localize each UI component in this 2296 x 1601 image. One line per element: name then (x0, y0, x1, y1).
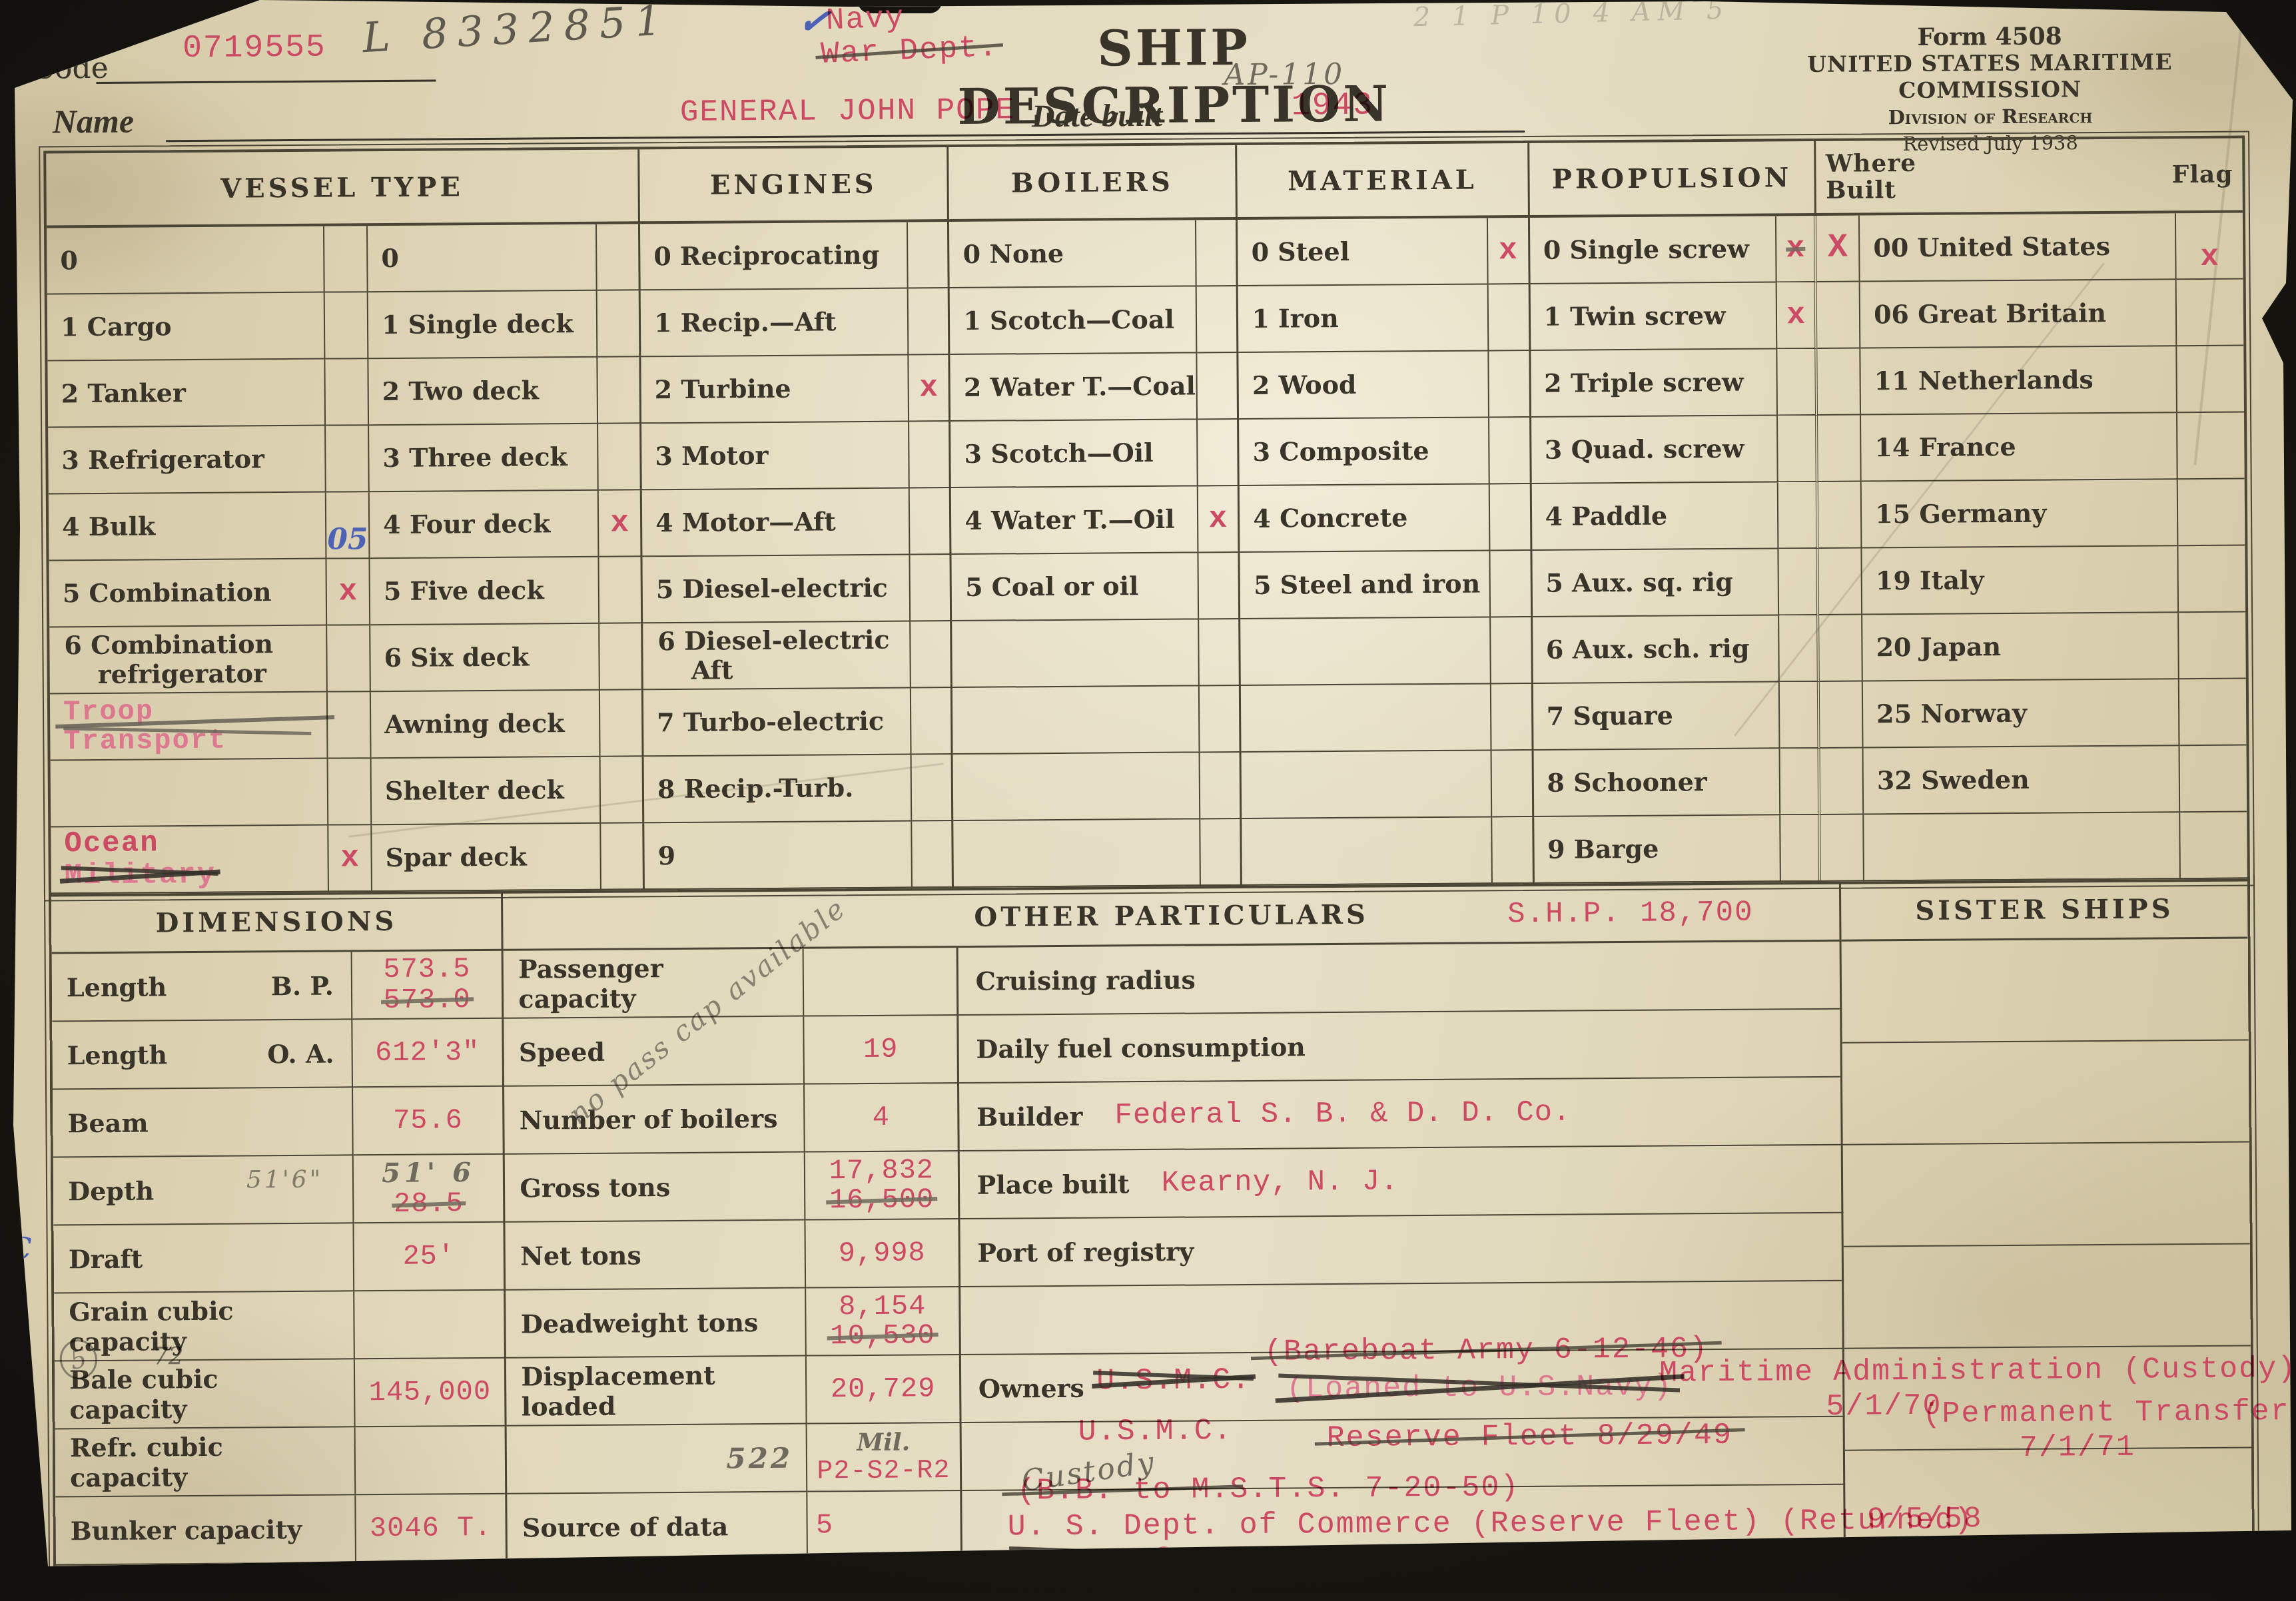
material-mark-cell (1491, 684, 1533, 751)
dimension-label: Beam (67, 1108, 148, 1138)
vessel-type-a-cell (51, 759, 329, 828)
ship-name-value: GENERAL JOHN POPE (680, 93, 1016, 130)
material-mark-cell (1492, 817, 1534, 884)
flag-mark-cell (2176, 280, 2243, 347)
particular-value-cell: 20,729 (807, 1355, 961, 1425)
flag-mark-cell (2179, 612, 2246, 679)
country-label: 25 Norway (1876, 699, 2027, 729)
vessel-type-a-mark-cell: 05 x (327, 559, 370, 625)
pencil-hull-number: AP-110 (1224, 57, 1345, 92)
engines-label: 3 Motor (655, 441, 768, 471)
place-built-value: Kearny, N. J. (1161, 1165, 1399, 1199)
form-content: L 8332851 Code 0719555 ✓ Navy War Dept. … (0, 0, 2296, 1593)
propulsion-cell: 5 Aux. sq. rig (1532, 549, 1779, 617)
engines-cell: 6 Diesel-electric Aft (643, 621, 911, 690)
sister-ships-cell (1842, 938, 2248, 1009)
engines-x-mark: x (919, 373, 938, 402)
other-particular-label: Place built (977, 1169, 1130, 1200)
propulsion-mark-cell (1780, 682, 1820, 749)
vessel-type-a-x-mark: x (339, 577, 358, 606)
name-label: Name (53, 102, 135, 141)
material-label: 2 Wood (1252, 370, 1357, 400)
dimension-value-struck: 573.0 (384, 984, 471, 1016)
division-name: Division of Research (1740, 102, 2240, 132)
propulsion-label: 6 Aux. sch. rig (1546, 634, 1750, 665)
dimension-label: Bale cubic capacity (69, 1363, 337, 1425)
material-cell: 4 Concrete (1240, 484, 1490, 553)
propulsion-label: 2 Triple screw (1544, 368, 1744, 398)
dimension-value-cell: 573.5573.0 (352, 951, 504, 1020)
material-cell (1240, 617, 1491, 686)
engines-label: 7 Turbo-electric (657, 707, 884, 737)
boilers-cell: 2 Water T.—Coal (951, 353, 1198, 422)
reserve-fleet-text: Reserve Fleet 8/29/49 (1327, 1419, 1732, 1455)
vessel-type-a-cell: 3 Refrigerator (48, 426, 326, 495)
particular-label-cell: 522 (507, 1425, 808, 1494)
particular-value-cell (804, 948, 958, 1017)
propulsion-cell: 6 Aux. sch. rig (1533, 615, 1780, 684)
boilers-mark-cell (1200, 753, 1242, 819)
dimension-value-cell (355, 1427, 507, 1496)
material-cell (1242, 817, 1493, 886)
dimension-label: Refr. cubic capacity (70, 1431, 338, 1493)
reserve-fleet-stamp: Reserve Fleet 8/29/49 (1327, 1419, 1732, 1455)
vessel-type-a-cell: 1 Cargo (47, 293, 326, 362)
vessel-type-b-mark-cell (599, 623, 643, 690)
vessel-type-b-label: Shelter deck (385, 775, 564, 806)
where-built-mark-cell (1820, 748, 1864, 814)
boilers-label: 1 Scotch—Coal (963, 305, 1174, 336)
propulsion-x-mark: x (1786, 300, 1805, 330)
dimension-label-cell: Bale cubic capacity (55, 1359, 356, 1429)
particular-label-cell: Deadweight tons (506, 1289, 807, 1359)
mark-wrap: 05 x (327, 577, 369, 606)
propulsion-x-mark-struck: x (1786, 234, 1804, 263)
other-particular-cell: Cruising radius (958, 942, 1842, 1016)
propulsion-mark-cell: x (1776, 216, 1817, 282)
engines-cell: 9 (644, 821, 912, 890)
country-label: 32 Sweden (1877, 765, 2030, 796)
boilers-mark-cell: x (1198, 486, 1240, 553)
particular-value: 20,729 (831, 1374, 936, 1404)
boilers-cell (953, 686, 1200, 755)
vessel-type-b-cell: 0 (368, 224, 597, 292)
where-built-mark-cell: X (1816, 216, 1860, 282)
where-built-mark-cell (1820, 615, 1863, 682)
dimension-value-struck: 28.5 (394, 1188, 464, 1219)
owners-label: Owners (978, 1373, 1084, 1403)
source-of-data-value: 5 (808, 1510, 834, 1540)
dimension-label: Length (67, 972, 167, 1002)
boilers-mark-cell (1197, 353, 1239, 420)
code-underline (96, 79, 436, 84)
engines-label: 0 Reciprocating (653, 240, 879, 271)
particular-label-cell: Source of data (508, 1492, 809, 1562)
particular-value-cell: 4 (805, 1084, 959, 1153)
other-particular-cell: Place builtKearny, N. J. (959, 1145, 1843, 1219)
vessel-type-b-x-mark: x (610, 508, 629, 537)
name-underline (166, 131, 1525, 142)
bareboat-army-text: (Bareboat Army 6-12-46) (1264, 1332, 1709, 1369)
country-cell: 00 United States (1860, 213, 2176, 282)
engines-cell: 4 Motor—Aft (642, 488, 910, 557)
design-type-value: P2-S2-R2 (817, 1456, 950, 1486)
engines-mark-cell (912, 821, 954, 888)
engines-mark-cell (909, 422, 951, 488)
country-cell: 20 Japan (1862, 613, 2179, 681)
navy-msts-rest-text: (Permanent Transfer) 8-17-65 (1383, 1538, 1924, 1576)
propulsion-mark-cell (1778, 482, 1819, 549)
flag-mark-cell (2180, 812, 2247, 879)
vessel-type-b-mark-cell (599, 557, 643, 623)
shp-stamp: S.H.P. 18,700 (1507, 896, 1754, 932)
material-label: 5 Steel and iron (1254, 569, 1480, 600)
dimension-sublabel: O. A. (267, 1038, 334, 1069)
classification-table: VESSEL TYPE ENGINES BOILERS MATERIAL PRO… (43, 135, 2250, 896)
particular-label: Number of boilers (520, 1103, 778, 1135)
vessel-type-b-label: 0 (381, 244, 399, 273)
vessel-type-a-cell: Ocean Military (51, 826, 329, 894)
particular-label: Gross tons (520, 1172, 670, 1203)
boilers-label: 0 None (962, 239, 1064, 269)
flag-mark-cell (2177, 412, 2245, 480)
vessel-type-b-label: 4 Four deck (383, 509, 550, 539)
flag-header: Flag (2172, 160, 2233, 189)
country-cell: 15 Germany (1862, 480, 2178, 548)
propulsion-mark-cell (1780, 749, 1820, 815)
navy-msts-stamp: Dept. of Navy, MSTS(Permanent Transfer) … (1016, 1538, 1925, 1579)
pencil-serial-number: L 8332851 (361, 0, 672, 62)
where-built-flag-header: Where Built Flag (1816, 139, 2243, 216)
sister-ships-header: SISTER SHIPS (1841, 880, 2247, 941)
where-built-mark-cell (1818, 482, 1862, 549)
vessel-type-a-x-mark: x (340, 843, 359, 872)
dimensions-header: DIMENSIONS (51, 892, 504, 954)
permanent-transfer-stamp: (Permanent Transfer) (1922, 1395, 2296, 1431)
engines-cell: 5 Diesel-electric (642, 555, 910, 623)
vessel-type-a-mark-cell (326, 359, 369, 426)
country-cell: 06 Great Britain (1860, 280, 2177, 348)
code-value: 0719555 (183, 30, 326, 67)
vessel-type-b-cell: 1 Single deck (368, 291, 598, 359)
engines-label: 6 Diesel-electric Aft (691, 625, 909, 685)
ocean-stamp: Ocean (64, 827, 159, 860)
vessel-type-a-cell: 2 Tanker (47, 360, 326, 428)
boilers-cell: 5 Coal or oil (952, 553, 1199, 621)
where-built-mark-cell (1819, 549, 1862, 615)
country-cell: 19 Italy (1862, 546, 2179, 615)
propulsion-cell: 2 Triple screw (1531, 349, 1778, 418)
boilers-label: 2 Water T.—Coal (964, 371, 1196, 402)
vessel-type-b-label: Spar deck (385, 842, 526, 872)
particular-value-cell: 17,83216,500 (805, 1151, 960, 1221)
where-built-mark-cell (1821, 814, 1864, 881)
country-label: 15 Germany (1875, 499, 2047, 529)
dimension-value-cell: 75.6 (353, 1087, 505, 1156)
propulsion-mark-cell (1778, 549, 1819, 615)
particular-label: Speed (519, 1036, 605, 1067)
propulsion-label: 3 Quad. screw (1545, 434, 1744, 465)
boilers-cell (954, 819, 1201, 888)
dimension-label: Length (67, 1040, 168, 1070)
other-particular-cell: BuilderFederal S. B. & D. D. Co. (959, 1078, 1843, 1151)
dimension-label-cell: Bunker capacity (55, 1495, 356, 1565)
vessel-type-a-cell: Troop Transport (50, 693, 328, 761)
particular-label-cell: Displacement loaded (506, 1357, 807, 1427)
engines-cell: 8 Recip.-Turb. (644, 755, 912, 823)
vessel-type-b-label: 3 Three deck (382, 442, 568, 473)
boilers-cell: 1 Scotch—Coal (950, 286, 1197, 355)
country-label: 00 United States (1873, 232, 2110, 262)
troop-transport-stamp-struck: Troop Transport (63, 696, 327, 757)
particular-label-cell: Gross tons (505, 1153, 806, 1223)
country-label: 14 France (1874, 432, 2016, 462)
propulsion-mark-cell (1780, 815, 1821, 882)
country-cell: 14 France (1861, 413, 2177, 481)
material-cell (1242, 751, 1492, 819)
boilers-cell: 0 None (949, 220, 1196, 288)
boilers-mark-cell (1196, 220, 1238, 286)
propulsion-label: 1 Twin screw (1543, 301, 1726, 332)
pencil-code-note: 05 (327, 525, 368, 554)
material-header: MATERIAL (1237, 143, 1529, 220)
boilers-cell (952, 619, 1199, 688)
material-mark-cell (1491, 617, 1533, 684)
dimension-value: 573.5 (383, 954, 470, 985)
particular-value-cell: 19 (805, 1016, 959, 1085)
vessel-type-a-label: 6 Combination refrigerator (97, 629, 326, 689)
vessel-type-b-label: 1 Single deck (382, 309, 574, 340)
engines-mark-cell (909, 488, 951, 555)
dimension-value-cell: 51' 628.5 (354, 1155, 506, 1224)
country-label: 19 Italy (1876, 565, 1984, 595)
propulsion-header: PROPULSION (1529, 141, 1817, 218)
particular-value-cell: 9,998 (806, 1219, 960, 1289)
vessel-type-b-label: 6 Six deck (384, 642, 529, 673)
engines-label: 1 Recip.—Aft (654, 307, 837, 338)
engines-label: 8 Recip.-Turb. (657, 773, 854, 804)
military-stamp-struck: Military (65, 859, 216, 892)
propulsion-label: 5 Aux. sq. rig (1545, 567, 1733, 598)
engines-label: 5 Diesel-electric (656, 573, 888, 604)
particular-value: 9,998 (839, 1238, 926, 1268)
circled-number: 5 (67, 1343, 89, 1375)
material-mark-cell (1491, 751, 1533, 817)
particular-value-struck: 10,530 (830, 1321, 935, 1351)
engines-mark-cell (908, 222, 950, 288)
pencil-mil-note: Mil. (857, 1428, 910, 1458)
propulsion-cell: 1 Twin screw (1530, 282, 1777, 351)
particular-label: Net tons (520, 1240, 641, 1271)
vessel-type-a-label: 5 Combination (63, 577, 272, 608)
vessel-type-a-mark-cell (328, 692, 371, 759)
engines-mark-cell: x (909, 355, 951, 422)
country-label: 11 Netherlands (1874, 365, 2094, 396)
vessel-type-b-label: 2 Two deck (382, 376, 540, 406)
dimension-value: 25' (402, 1241, 455, 1272)
dimension-label-cell: LengthB. P. (52, 952, 353, 1022)
where-built-x-mark: X (1828, 234, 1848, 263)
commerce-stamp: U. S. Dept. of Commerce (Reserve Fleet) … (1007, 1503, 1974, 1544)
other-particular-label: Cruising radius (975, 964, 1196, 996)
engines-cell: 3 Motor (641, 422, 909, 490)
vessel-type-a-label: 4 Bulk (62, 511, 155, 541)
vessel-type-a-mark-cell (328, 759, 372, 825)
propulsion-cell: 9 Barge (1534, 815, 1781, 884)
engines-mark-cell (911, 621, 953, 688)
flag-mark-cell (2177, 346, 2244, 414)
vessel-type-header: VESSEL TYPE (46, 149, 640, 228)
propulsion-mark-cell: x (1777, 282, 1818, 349)
boilers-mark-cell (1198, 553, 1240, 619)
vessel-type-a-label: 1 Cargo (61, 312, 172, 342)
vessel-type-b-mark-cell (598, 424, 641, 490)
dimension-label: Grain cubic capacity (69, 1295, 336, 1357)
boilers-cell: 4 Water T.—Oil (951, 486, 1198, 555)
vessel-type-b-mark-cell (598, 357, 641, 424)
usmc-struck-text: U.S.M.C. (1096, 1363, 1251, 1399)
vessel-type-b-mark-cell (601, 757, 644, 823)
dimension-label-cell: Draft (53, 1223, 354, 1293)
boilers-cell: 3 Scotch—Oil (951, 420, 1198, 488)
particular-value-cell: 5 (808, 1491, 962, 1560)
pencil-depth-note: 51'6" (246, 1166, 323, 1194)
particular-value: 17,832 (829, 1155, 935, 1185)
print-code: 16—254 (1381, 1556, 1471, 1580)
vessel-type-a-mark-cell (328, 625, 371, 692)
boilers-header: BOILERS (949, 145, 1238, 222)
country-cell (1864, 812, 2180, 881)
propulsion-cell: 0 Single screw (1529, 216, 1776, 284)
engines-cell: 2 Turbine (641, 355, 909, 424)
dimension-value: 75.6 (393, 1105, 463, 1136)
vessel-type-b-mark-cell: x (599, 490, 642, 557)
form-number: Form 4508 (1740, 22, 2239, 52)
dimension-value-cell: 3046 T. (356, 1494, 508, 1564)
material-x-mark: x (1499, 236, 1517, 265)
usmc-stamp: U.S.M.C. (1078, 1414, 1232, 1449)
material-cell: 1 Iron (1238, 284, 1489, 353)
boilers-x-mark: x (1209, 504, 1228, 533)
flag-x-mark: x (2200, 220, 2219, 272)
where-built-mark-cell (1820, 682, 1863, 749)
dimension-value: 612'3" (375, 1037, 480, 1068)
country-label: 06 Great Britain (1874, 298, 2106, 329)
vessel-type-a-mark-cell (326, 426, 369, 492)
where-built-mark-cell (1818, 349, 1861, 416)
country-cell: 25 Norway (1863, 679, 2179, 748)
dimension-sublabel: B. P. (271, 970, 334, 1001)
vessel-type-b-cell: 2 Two deck (368, 358, 598, 426)
engines-cell: 0 Reciprocating (640, 222, 908, 290)
vessel-type-a-cell: 5 Combination (49, 559, 327, 628)
country-cell: 32 Sweden (1864, 746, 2180, 814)
boilers-mark-cell (1200, 819, 1242, 886)
boilers-cell (953, 753, 1200, 821)
code-label: Code (32, 51, 109, 86)
engines-mark-cell (911, 688, 953, 755)
material-label: 4 Concrete (1253, 503, 1407, 533)
country-label: 20 Japan (1876, 632, 2001, 662)
vessel-type-a-mark-cell: x (329, 825, 372, 892)
dimension-label: Depth (68, 1175, 154, 1206)
other-particular-label: Daily fuel consumption (976, 1032, 1306, 1064)
dimension-value-cell: 612'3" (352, 1019, 504, 1088)
propulsion-cell: 4 Paddle (1531, 482, 1778, 551)
propulsion-label: 8 Schooner (1547, 767, 1707, 798)
particular-label: Source of data (522, 1511, 729, 1542)
sister-ships-cell (1842, 1074, 2249, 1145)
propulsion-cell: 8 Schooner (1533, 749, 1780, 817)
depth-pencil-value: 51' 6 (382, 1157, 475, 1189)
agency-name: UNITED STATES MARITIME COMMISSION (1740, 49, 2240, 105)
engines-mark-cell (911, 755, 953, 821)
propulsion-label: 4 Paddle (1545, 501, 1667, 531)
particular-label-cell: Net tons (506, 1221, 807, 1291)
material-label: 1 Iron (1252, 304, 1339, 334)
vessel-type-a-label: 2 Tanker (61, 378, 186, 408)
vessel-type-b-cell: 5 Five deck (370, 557, 599, 625)
material-cell: 2 Wood (1239, 351, 1489, 420)
propulsion-cell: 7 Square (1533, 682, 1780, 751)
material-mark-cell (1489, 351, 1531, 418)
boilers-mark-cell (1200, 686, 1242, 753)
other-particular-cell: Port of registry (960, 1213, 1844, 1287)
propulsion-mark-cell (1777, 349, 1818, 416)
engines-header: ENGINES (639, 147, 949, 224)
engines-mark-cell (908, 288, 950, 355)
dimension-label: Draft (69, 1243, 143, 1274)
material-cell (1241, 684, 1491, 753)
flag-mark-cell: x (2176, 213, 2243, 280)
propulsion-label: 9 Barge (1547, 834, 1659, 864)
vessel-type-a-cell: 4 Bulk (49, 493, 327, 561)
particular-label: Displacement loaded (521, 1360, 793, 1422)
pencil-scribble: 2 1 P 10 4 AM 5 (1413, 0, 1730, 33)
vessel-type-a-cell: 0 (47, 226, 325, 295)
country-cell: 11 Netherlands (1860, 346, 2177, 415)
vessel-type-b-cell: Awning deck (371, 691, 601, 759)
flag-mark-cell (2178, 545, 2245, 613)
propulsion-label: 7 Square (1547, 701, 1673, 731)
vessel-type-b-label: Awning deck (384, 709, 565, 739)
engines-label: 2 Turbine (655, 374, 791, 404)
material-cell: 5 Steel and iron (1240, 551, 1491, 619)
bb-msts-text: (B.B. to M.S.T.S. 7-20-50) (1017, 1470, 1519, 1508)
engines-label: 4 Motor—Aft (655, 507, 836, 537)
particular-value: 19 (863, 1035, 899, 1064)
vessel-type-b-cell: Shelter deck (372, 757, 601, 825)
particular-value-struck: 16,500 (829, 1185, 935, 1215)
bb-msts-stamp: (B.B. to M.S.T.S. 7-20-50) (1017, 1470, 1519, 1508)
sister-ships-cell (1844, 1278, 2251, 1349)
vessel-type-a-mark-cell (324, 226, 368, 292)
propulsion-label: 0 Single screw (1543, 234, 1749, 265)
bareboat-army-stamp: (Bareboat Army 6-12-46) (1264, 1332, 1709, 1369)
material-mark-cell (1489, 284, 1531, 351)
particular-value: 8,154 (839, 1291, 926, 1321)
particular-value-cell: Mil.P2-S2-R2 (807, 1423, 962, 1492)
propulsion-mark-cell (1779, 615, 1820, 682)
dimension-label: Bunker capacity (70, 1514, 302, 1545)
particular-value: 4 (873, 1103, 891, 1132)
dimension-label-cell: Refr. cubic capacity (55, 1427, 356, 1497)
engines-label: 9 (657, 841, 675, 870)
loaned-navy-text: (Loaned to U.S.Navy) (1286, 1370, 1673, 1407)
vessel-type-b-cell: 6 Six deck (370, 624, 600, 692)
date-built-value: 1943 (1292, 88, 1374, 125)
material-label: 3 Composite (1253, 436, 1429, 467)
